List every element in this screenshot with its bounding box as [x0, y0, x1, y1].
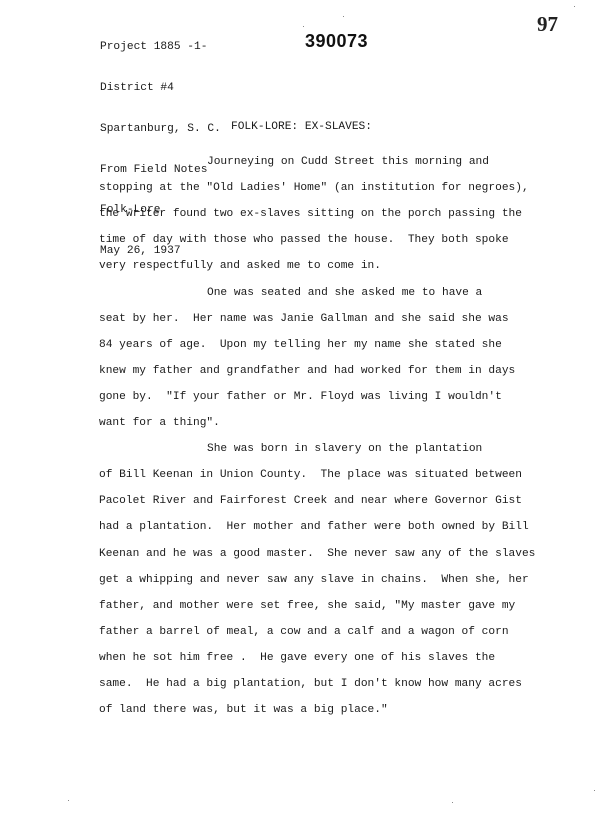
- archive-stamp-number: 390073: [305, 31, 368, 52]
- text-line: father a barrel of meal, a cow and a cal…: [99, 624, 509, 640]
- text-line: of Bill Keenan in Union County. The plac…: [99, 467, 522, 483]
- scan-speck: [452, 802, 453, 803]
- text-line: of land there was, but it was a big plac…: [99, 702, 388, 718]
- text-line: Keenan and he was a good master. She nev…: [99, 546, 535, 562]
- header-location: Spartanburg, S. C.: [100, 123, 221, 137]
- document-page: Project 1885 -1- District #4 Spartanburg…: [0, 0, 600, 822]
- scan-speck: [594, 790, 595, 791]
- scan-speck: [574, 6, 575, 7]
- text-line: One was seated and she asked me to have …: [207, 285, 482, 301]
- header-project: Project 1885 -1-: [100, 41, 221, 55]
- page-number: 97: [537, 12, 558, 37]
- text-line: 84 years of age. Upon my telling her my …: [99, 337, 502, 353]
- header-source: From Field Notes: [100, 164, 221, 178]
- text-line: had a plantation. Her mother and father …: [99, 519, 529, 535]
- text-line: Journeying on Cudd Street this morning a…: [207, 154, 489, 170]
- document-title: FOLK-LORE: EX-SLAVES:: [231, 121, 372, 133]
- text-line: knew my father and grandfather and had w…: [99, 363, 515, 379]
- text-line: gone by. "If your father or Mr. Floyd wa…: [99, 389, 502, 405]
- text-line: same. He had a big plantation, but I don…: [99, 676, 522, 692]
- text-line: She was born in slavery on the plantatio…: [207, 441, 482, 457]
- text-line: seat by her. Her name was Janie Gallman …: [99, 311, 509, 327]
- text-line: get a whipping and never saw any slave i…: [99, 572, 529, 588]
- text-line: father, and mother were set free, she sa…: [99, 598, 515, 614]
- text-line: want for a thing".: [99, 415, 220, 431]
- header-district: District #4: [100, 82, 221, 96]
- scan-speck: [68, 800, 69, 801]
- scan-speck: [343, 16, 344, 17]
- text-line: Pacolet River and Fairforest Creek and n…: [99, 493, 522, 509]
- scan-speck: [303, 26, 304, 27]
- text-line: very respectfully and asked me to come i…: [99, 258, 381, 274]
- text-line: stopping at the "Old Ladies' Home" (an i…: [99, 180, 529, 196]
- text-line: the writer found two ex-slaves sitting o…: [99, 206, 522, 222]
- text-line: when he sot him free . He gave every one…: [99, 650, 495, 666]
- text-line: time of day with those who passed the ho…: [99, 232, 509, 248]
